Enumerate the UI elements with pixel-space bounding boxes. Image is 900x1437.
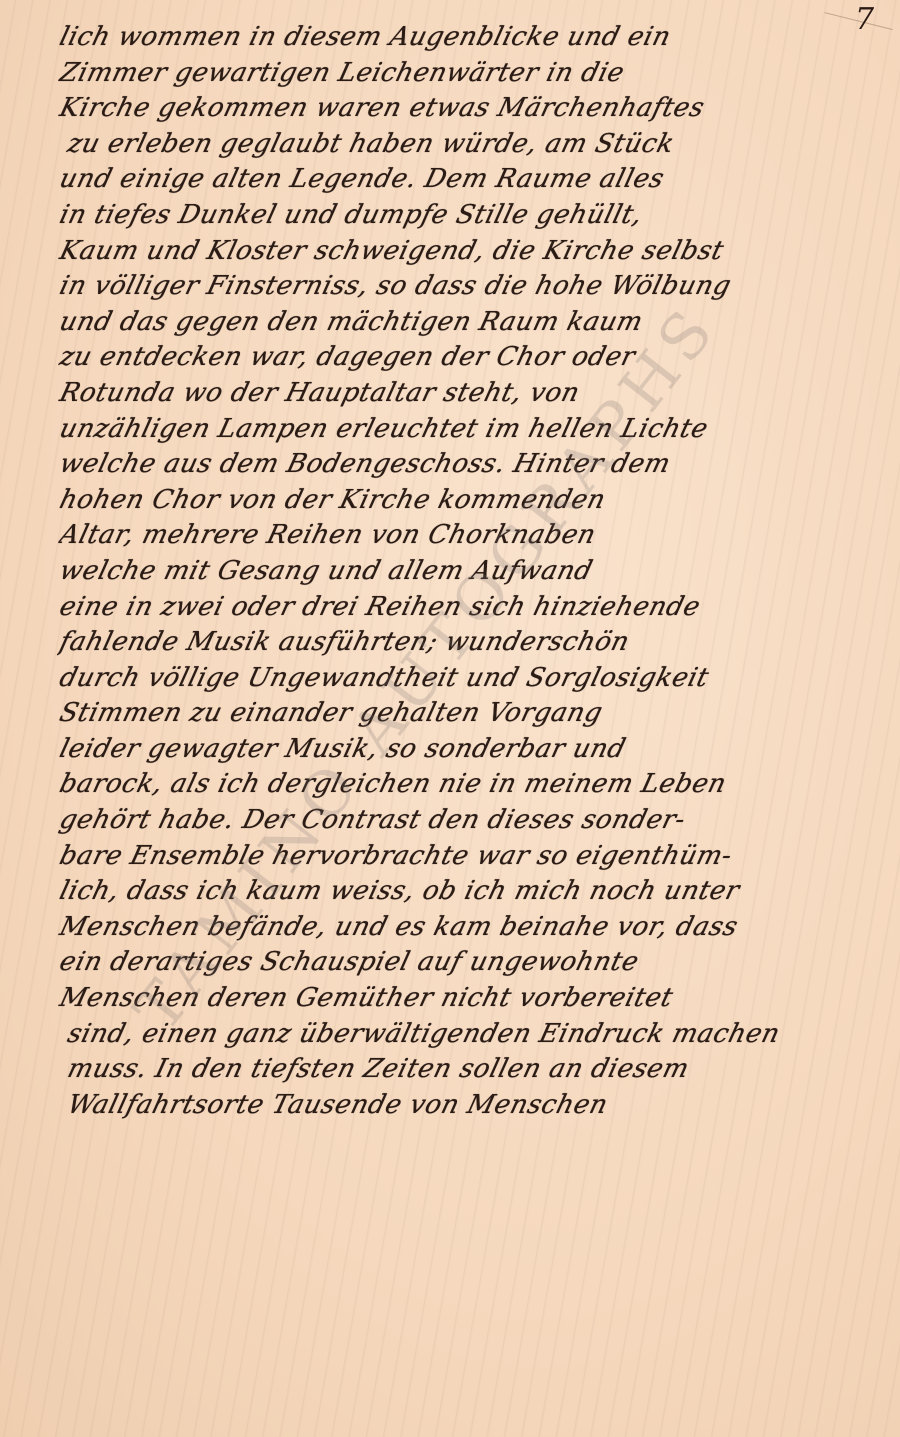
text-line: leider gewagter Musik, so sonderbar und	[56, 732, 895, 768]
text-line: und das gegen den mächtigen Raum kaum	[56, 305, 895, 341]
text-line: gehört habe. Der Contrast den dieses son…	[56, 803, 895, 839]
text-line: zu erleben geglaubt haben würde, am Stüc…	[56, 127, 895, 163]
text-line: Kirche gekommen waren etwas Märchenhafte…	[56, 91, 895, 127]
text-line: Rotunda wo der Hauptaltar steht, von	[56, 376, 895, 412]
text-line: hohen Chor von der Kirche kommenden	[56, 483, 895, 519]
text-line: Kaum und Kloster schweigend, die Kirche …	[56, 234, 895, 270]
text-line: unzähligen Lampen erleuchtet im hellen L…	[56, 412, 895, 448]
text-line: Wallfahrtsorte Tausende von Menschen	[56, 1088, 895, 1124]
text-line: muss. In den tiefsten Zeiten sollen an d…	[56, 1052, 895, 1088]
text-line: ein derartiges Schauspiel auf ungewohnte	[56, 945, 895, 981]
text-line: lich wommen in diesem Augenblicke und ei…	[56, 20, 895, 56]
text-line: fahlende Musik ausführten; wunderschön	[56, 625, 895, 661]
handwritten-text-block: lich wommen in diesem Augenblicke und ei…	[60, 20, 890, 1123]
text-line: bare Ensemble hervorbrachte war so eigen…	[56, 839, 895, 875]
text-line: eine in zwei oder drei Reihen sich hinzi…	[56, 590, 895, 626]
text-line: in völliger Finsterniss, so dass die hoh…	[56, 269, 895, 305]
text-line: barock, als ich dergleichen nie in meine…	[56, 767, 895, 803]
text-line: Altar, mehrere Reihen von Chorknaben	[56, 518, 895, 554]
text-line: lich, dass ich kaum weiss, ob ich mich n…	[56, 874, 895, 910]
text-line: Zimmer gewartigen Leichenwärter in die	[56, 56, 895, 92]
text-line: und einige alten Legende. Dem Raume alle…	[56, 162, 895, 198]
text-line: sind, einen ganz überwältigenden Eindruc…	[56, 1017, 895, 1053]
text-line: Menschen befände, und es kam beinahe vor…	[56, 910, 895, 946]
text-line: welche mit Gesang und allem Aufwand	[56, 554, 895, 590]
text-line: Menschen deren Gemüther nicht vorbereite…	[56, 981, 895, 1017]
text-line: Stimmen zu einander gehalten Vorgang	[56, 696, 895, 732]
text-line: durch völlige Ungewandtheit und Sorglosi…	[56, 661, 895, 697]
text-line: welche aus dem Bodengeschoss. Hinter dem	[56, 447, 895, 483]
text-line: in tiefes Dunkel und dumpfe Stille gehül…	[56, 198, 895, 234]
text-line: zu entdecken war, dagegen der Chor oder	[56, 340, 895, 376]
